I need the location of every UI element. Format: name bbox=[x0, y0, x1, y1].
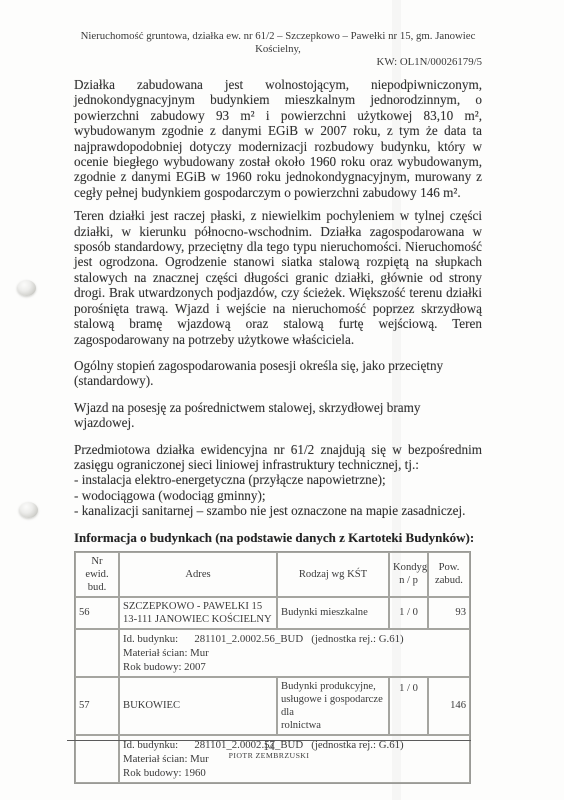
buildings-table-title: Informacja o budynkach (na podstawie dan… bbox=[74, 530, 482, 546]
infrastructure-item-water: - wodociągowa (wodociąg gminny); bbox=[74, 488, 482, 503]
cell-pow-zabud: 146 bbox=[428, 677, 470, 735]
cell-nr-ewid: 57 bbox=[75, 677, 119, 735]
table-row-building-57: 57 BUKOWIEC Budynki produkcyjne, usługow… bbox=[75, 677, 470, 735]
paragraph-building-description: Działka zabudowana jest wolnostojącym, n… bbox=[74, 77, 482, 200]
cell-empty bbox=[75, 629, 119, 677]
cell-building-details: Id. budynku: 281101_2.0002.56_BUD (jedno… bbox=[119, 629, 470, 677]
binder-hole-artifact bbox=[17, 280, 36, 296]
column-header-adres: Adres bbox=[119, 552, 277, 597]
building-material-line: Materiał ścian: Mur bbox=[123, 646, 466, 660]
infrastructure-item-electric: - instalacja elektro-energetyczna (przył… bbox=[74, 472, 482, 487]
column-header-kondyg: Kondyg. n / p bbox=[389, 552, 428, 597]
cell-rodzaj: Budynki mieszkalne bbox=[277, 597, 389, 629]
scanned-document-page: Nieruchomość gruntowa, działka ew. nr 61… bbox=[0, 0, 564, 800]
running-header: Nieruchomość gruntowa, działka ew. nr 61… bbox=[74, 30, 482, 69]
paragraph-entrance: Wjazd na posesję za pośrednictwem stalow… bbox=[74, 400, 482, 431]
cell-pow-zabud: 93 bbox=[428, 597, 470, 629]
paragraph-infrastructure-intro: Przedmiotowa działka ewidencyjna nr 61/2… bbox=[74, 442, 482, 473]
cell-adres: BUKOWIEC bbox=[119, 677, 277, 735]
table-header-row: Nr ewid. bud. Adres Rodzaj wg KŚT Kondyg… bbox=[75, 552, 470, 597]
footer-author-name: PIOTR ZEMBRZUSKI bbox=[67, 751, 471, 760]
building-id-line: Id. budynku: 281101_2.0002.56_BUD (jedno… bbox=[123, 632, 466, 646]
binder-hole-artifact bbox=[19, 502, 38, 518]
building-year-line: Rok budowy: 1960 bbox=[123, 766, 466, 780]
cell-adres: SZCZEPKOWO - PAWELKI 15 13-111 JANOWIEC … bbox=[119, 597, 277, 629]
table-row-building-56: 56 SZCZEPKOWO - PAWELKI 15 13-111 JANOWI… bbox=[75, 597, 470, 629]
paragraph-overall-level: Ogólny stopień zagospodarowania posesji … bbox=[74, 358, 482, 389]
cell-rodzaj: Budynki produkcyjne, usługowe i gospodar… bbox=[277, 677, 389, 735]
column-header-rodzaj: Rodzaj wg KŚT bbox=[277, 552, 389, 597]
cell-kondyg: 1 / 0 bbox=[389, 677, 428, 735]
cell-kondyg: 1 / 0 bbox=[389, 597, 428, 629]
document-content: Nieruchomość gruntowa, działka ew. nr 61… bbox=[74, 30, 482, 784]
page-footer: 14 PIOTR ZEMBRZUSKI bbox=[67, 742, 471, 760]
table-detail-row-building-56: Id. budynku: 281101_2.0002.56_BUD (jedno… bbox=[75, 629, 470, 677]
cell-nr-ewid: 56 bbox=[75, 597, 119, 629]
paragraph-terrain-description: Teren działki jest raczej płaski, z niew… bbox=[74, 208, 482, 347]
building-year-line: Rok budowy: 2007 bbox=[123, 660, 466, 674]
header-kw-number: KW: OL1N/00026179/5 bbox=[74, 56, 482, 69]
column-header-nr-ewid: Nr ewid. bud. bbox=[75, 552, 119, 597]
header-property-description: Nieruchomość gruntowa, działka ew. nr 61… bbox=[74, 30, 482, 56]
column-header-pow-zabud: Pow. zabud. bbox=[428, 552, 470, 597]
infrastructure-item-sewage: - kanalizacji sanitarnej – szambo nie je… bbox=[74, 503, 482, 518]
